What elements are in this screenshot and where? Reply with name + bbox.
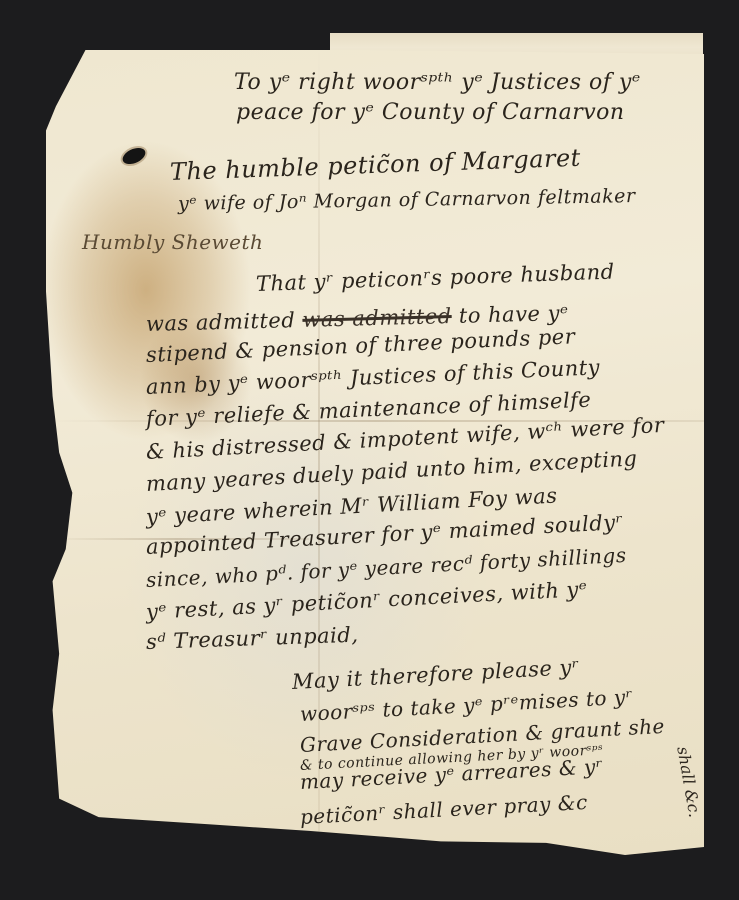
body-text: to have yᵉ — [459, 301, 569, 328]
body-text: was admitted — [146, 308, 296, 336]
struck-text: was admitted — [302, 304, 452, 332]
salutation: Humbly Sheweth — [82, 230, 263, 254]
address-line-2: peace for yᵉ County of Carnarvon — [236, 100, 625, 125]
address-line-1: To yᵉ right woorˢᵖᵗʰ yᵉ Justices of yᵉ — [234, 70, 641, 95]
